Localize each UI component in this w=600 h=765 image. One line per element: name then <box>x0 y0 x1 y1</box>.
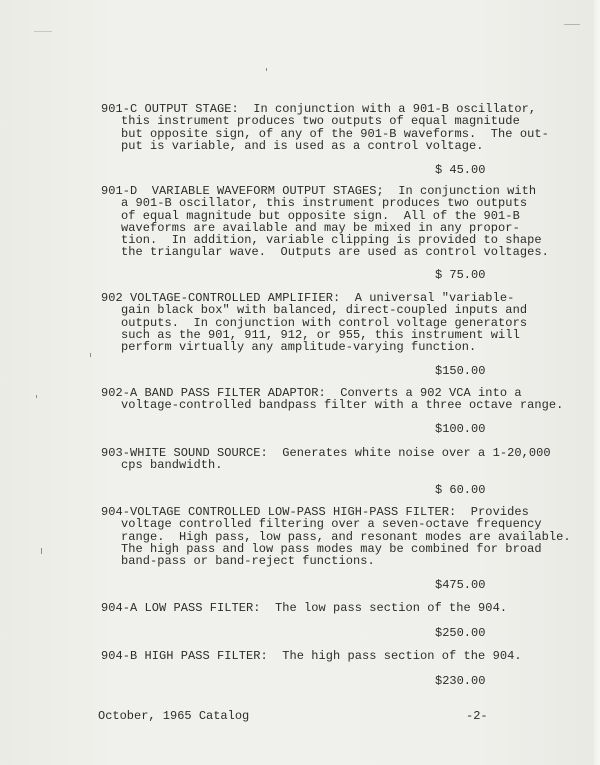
entry-heading-line: 904-B HIGH PASS FILTER: The high pass se… <box>101 650 571 662</box>
entry-text-line: a 901-B oscillator, this instrument prod… <box>101 197 571 209</box>
catalog-entry-901d: 901-D VARIABLE WAVEFORM OUTPUT STAGES; I… <box>101 185 571 259</box>
page-edge <box>594 0 600 765</box>
entry-text-line: this instrument produces two outputs of … <box>101 115 571 127</box>
paper-speck <box>34 31 52 32</box>
entry-text-line: gain black box" with balanced, direct-co… <box>101 304 571 316</box>
entry-text-line: the triangular wave. Outputs are used as… <box>101 246 571 258</box>
price-901c: $ 45.00 <box>435 163 485 177</box>
entry-text-line: band-pass or band-reject functions. <box>101 555 571 567</box>
entry-text-line: voltage controlled filtering over a seve… <box>101 518 571 530</box>
catalog-entry-904a: 904-A LOW PASS FILTER: The low pass sect… <box>101 602 571 614</box>
page-number: -2- <box>466 709 488 723</box>
price-904a: $250.00 <box>435 626 485 640</box>
price-903: $ 60.00 <box>435 483 485 497</box>
price-904b: $230.00 <box>435 674 485 688</box>
catalog-entry-901c: 901-C OUTPUT STAGE: In conjunction with … <box>101 103 571 152</box>
catalog-entry-902: 902 VOLTAGE-CONTROLLED AMPLIFIER: A univ… <box>101 292 571 353</box>
paper-speck <box>36 395 37 398</box>
footer-catalog-date: October, 1965 Catalog <box>98 709 249 723</box>
price-902a: $100.00 <box>435 422 485 436</box>
price-904: $475.00 <box>435 578 485 592</box>
entry-text-line: perform virtually any amplitude-varying … <box>101 341 571 353</box>
entry-heading-line: 904-A LOW PASS FILTER: The low pass sect… <box>101 602 571 614</box>
price-901d: $ 75.00 <box>435 268 485 282</box>
catalog-entry-904b: 904-B HIGH PASS FILTER: The high pass se… <box>101 650 571 662</box>
paper-speck <box>564 24 580 25</box>
paper-speck <box>90 353 91 357</box>
catalog-entry-904: 904-VOLTAGE CONTROLLED LOW-PASS HIGH-PAS… <box>101 506 571 567</box>
paper-speck <box>41 548 42 554</box>
catalog-entry-903: 903-WHITE SOUND SOURCE: Generates white … <box>101 447 571 472</box>
price-902: $150.00 <box>435 364 485 378</box>
entry-text-line: voltage-controlled bandpass filter with … <box>101 399 571 411</box>
catalog-entry-902a: 902-A BAND PASS FILTER ADAPTOR: Converts… <box>101 387 571 412</box>
entry-text-line: cps bandwidth. <box>101 459 571 471</box>
paper-speck <box>266 68 267 71</box>
entry-text-line: put is variable, and is used as a contro… <box>101 140 571 152</box>
